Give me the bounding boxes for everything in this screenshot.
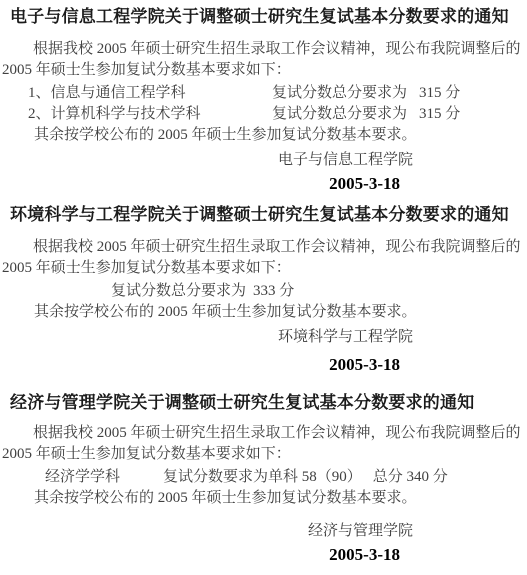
notice-section-environment: 环境科学与工程学院关于调整硕士研究生复试基本分数要求的通知 根据我校 2005 … — [0, 197, 527, 385]
notice-title: 环境科学与工程学院关于调整硕士研究生复试基本分数要求的通知 — [0, 204, 527, 226]
requirement-text: 复试分数总分要求为 — [111, 281, 246, 302]
intro-line: 2005 年硕士生参加复试分数基本要求如下： — [2, 258, 525, 279]
intro-line: 2005 年硕士生参加复试分数基本要求如下： — [2, 444, 525, 465]
notice-date: 2005-3-18 — [0, 546, 527, 564]
requirement-text: 复试分数总分要求为 — [272, 104, 407, 125]
intro-line: 2005 年硕士生参加复试分数基本要求如下： — [2, 60, 525, 81]
signature: 经济与管理学院 — [0, 521, 527, 542]
notice-title: 电子与信息工程学院关于调整硕士研究生复试基本分数要求的通知 — [0, 6, 527, 28]
requirement-subject: 经济学学科 — [45, 467, 163, 488]
document-page: 电子与信息工程学院关于调整硕士研究生复试基本分数要求的通知 根据我校 2005 … — [0, 0, 527, 575]
requirement-score: 333 分 — [253, 281, 294, 302]
requirement-subject: 1、信息与通信工程学科 — [28, 83, 272, 104]
signature: 电子与信息工程学院 — [0, 150, 527, 171]
requirement-text: 复试分数总分要求为 — [272, 83, 407, 104]
signature: 环境科学与工程学院 — [0, 327, 527, 348]
closing-note: 其余按学校公布的 2005 年硕士生参加复试分数基本要求。 — [0, 302, 527, 323]
requirement-subject: 2、计算机科学与技术学科 — [28, 104, 272, 125]
notice-section-economics: 经济与管理学院关于调整硕士研究生复试基本分数要求的通知 根据我校 2005 年硕… — [0, 385, 527, 575]
requirement-score: 315 分 — [419, 104, 460, 125]
intro-line: 根据我校 2005 年硕士研究生招生录取工作会议精神，现公布我院调整后的 — [2, 39, 525, 60]
requirement-row: 1、信息与通信工程学科 复试分数总分要求为 315 分 — [0, 83, 527, 104]
requirement-text: 复试分数要求为单科 58（90） — [163, 467, 362, 488]
intro-paragraph: 根据我校 2005 年硕士研究生招生录取工作会议精神，现公布我院调整后的 200… — [0, 237, 527, 279]
intro-line: 根据我校 2005 年硕士研究生招生录取工作会议精神，现公布我院调整后的 — [2, 237, 525, 258]
requirement-row: 经济学学科 复试分数要求为单科 58（90） 总分 340 分 — [0, 467, 527, 488]
requirement-score: 总分 340 分 — [373, 467, 448, 488]
requirement-row: 复试分数总分要求为 333 分 — [0, 281, 527, 302]
notice-title: 经济与管理学院关于调整硕士研究生复试基本分数要求的通知 — [0, 392, 527, 414]
notice-date: 2005-3-18 — [0, 356, 527, 374]
intro-line: 根据我校 2005 年硕士研究生招生录取工作会议精神，现公布我院调整后的 — [2, 423, 525, 444]
requirement-score: 315 分 — [419, 83, 460, 104]
requirements-list: 1、信息与通信工程学科 复试分数总分要求为 315 分 2、计算机科学与技术学科… — [0, 83, 527, 125]
requirement-row: 2、计算机科学与技术学科 复试分数总分要求为 315 分 — [0, 104, 527, 125]
notice-date: 2005-3-18 — [0, 175, 527, 193]
requirements-list: 复试分数总分要求为 333 分 — [0, 281, 527, 302]
closing-note: 其余按学校公布的 2005 年硕士生参加复试分数基本要求。 — [0, 125, 527, 146]
closing-note: 其余按学校公布的 2005 年硕士生参加复试分数基本要求。 — [0, 488, 527, 509]
intro-paragraph: 根据我校 2005 年硕士研究生招生录取工作会议精神，现公布我院调整后的 200… — [0, 423, 527, 465]
requirements-list: 经济学学科 复试分数要求为单科 58（90） 总分 340 分 — [0, 467, 527, 488]
notice-section-electronics: 电子与信息工程学院关于调整硕士研究生复试基本分数要求的通知 根据我校 2005 … — [0, 0, 527, 197]
intro-paragraph: 根据我校 2005 年硕士研究生招生录取工作会议精神，现公布我院调整后的 200… — [0, 39, 527, 81]
